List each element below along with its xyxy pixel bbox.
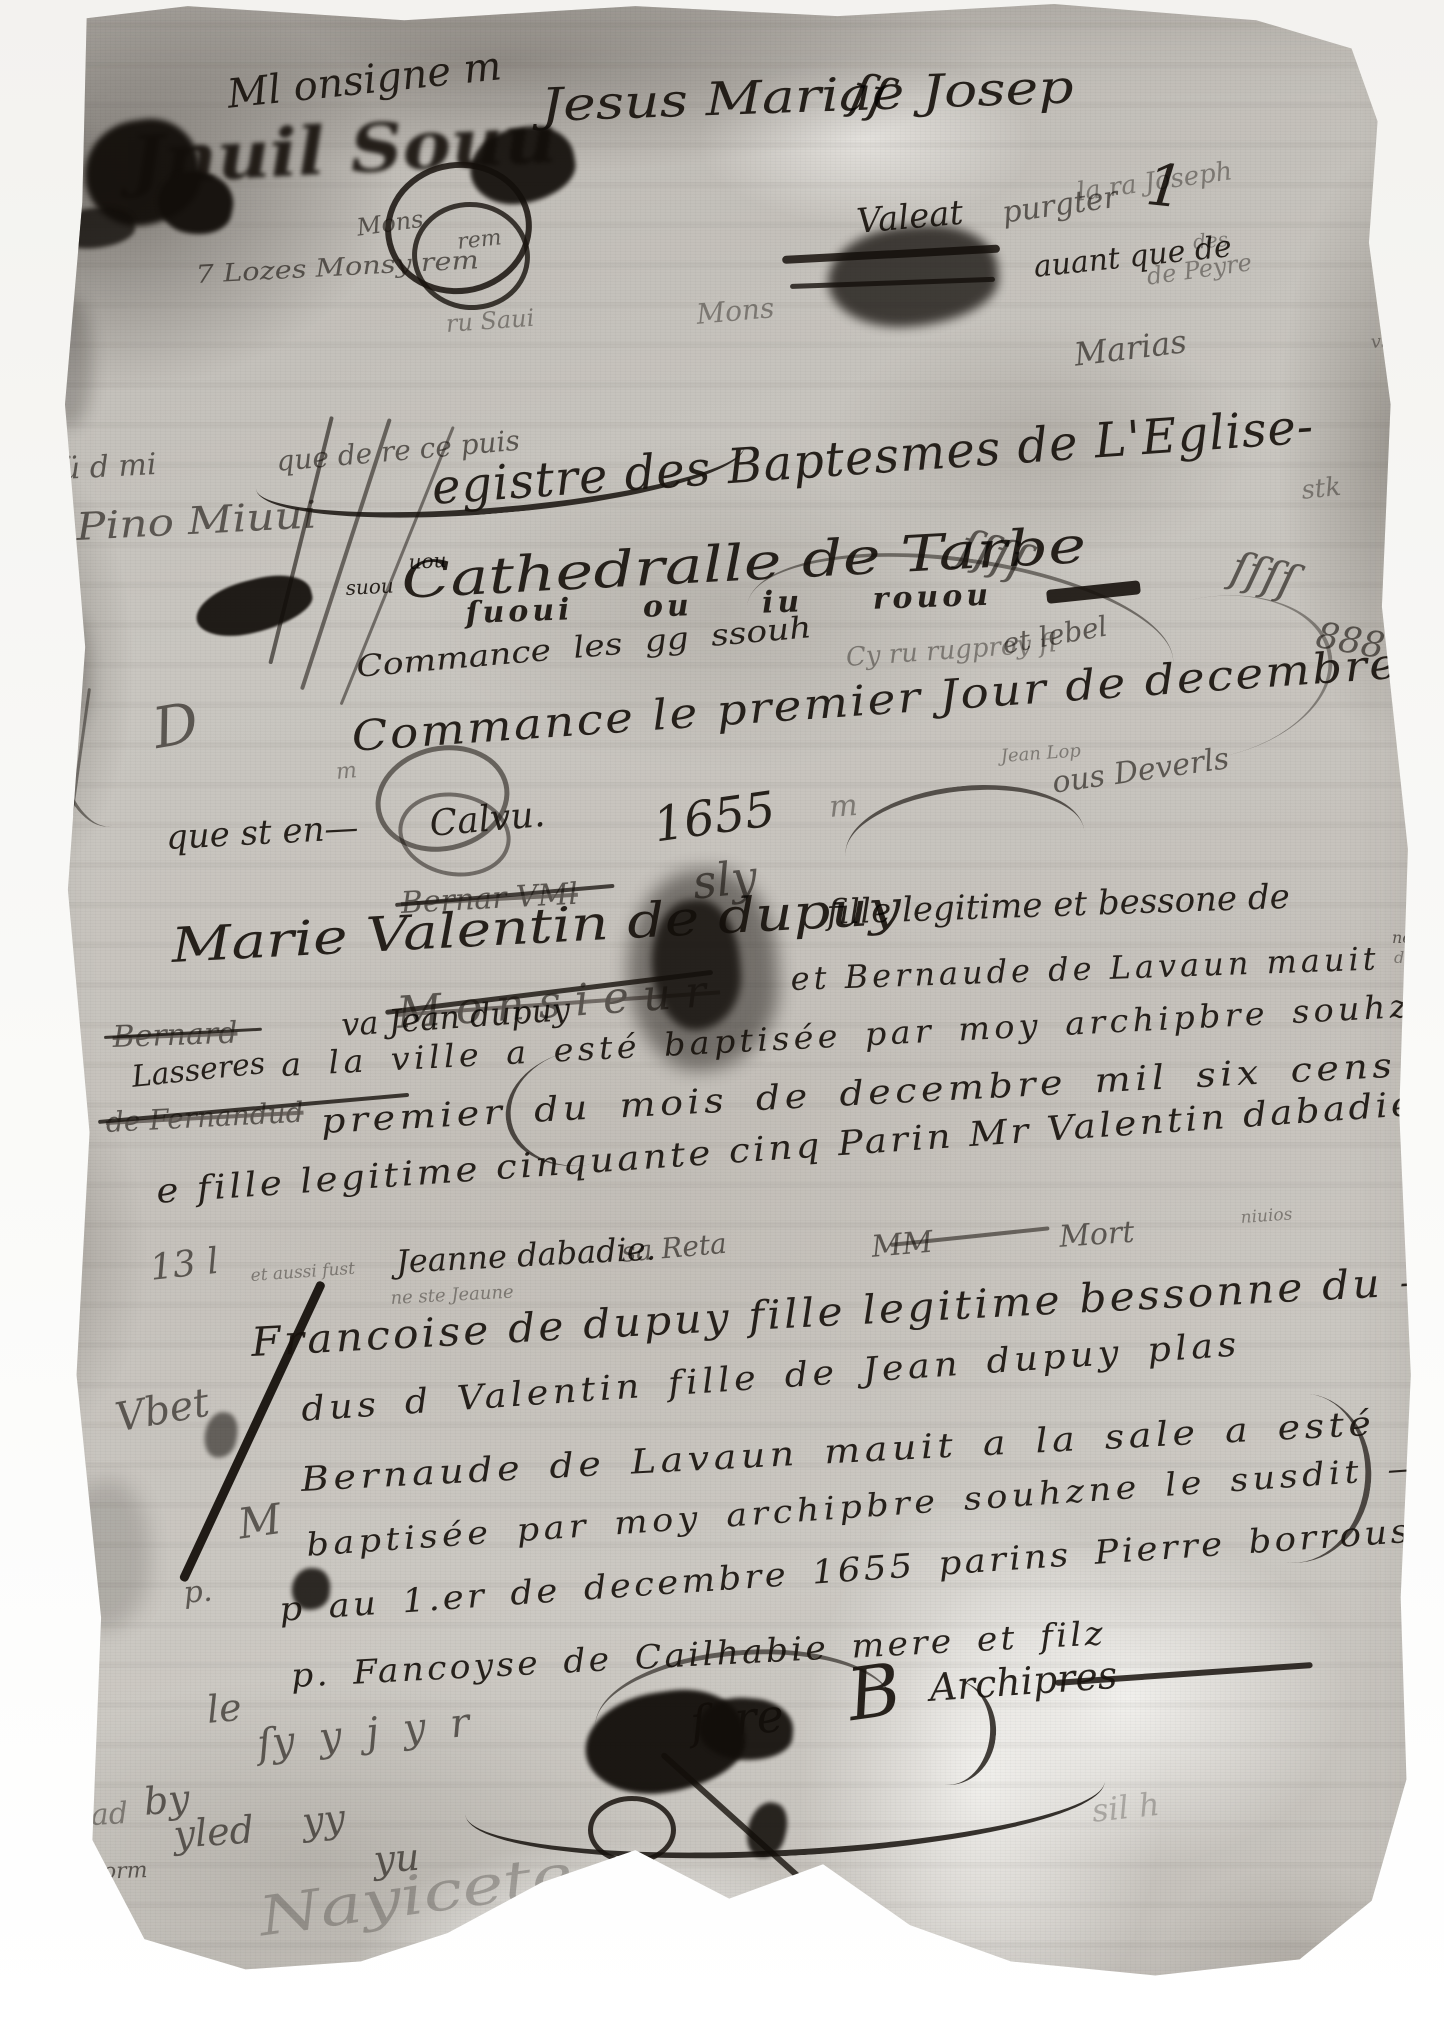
ms-line: des bbox=[1385, 293, 1422, 320]
ink-blot bbox=[6, 0, 26, 44]
manuscript-scan: Jesus Mariae Josep 1 egistre des Baptesm… bbox=[0, 0, 1444, 2022]
ink-blot bbox=[464, 119, 580, 211]
ink-blot bbox=[24, 2, 68, 32]
ink-blot bbox=[647, 896, 746, 1033]
ink-blot bbox=[53, 205, 136, 252]
ink-blot bbox=[825, 220, 1002, 332]
ink-blot bbox=[290, 1566, 332, 1612]
pen-stroke bbox=[19, 678, 74, 820]
ink-blot bbox=[742, 1798, 792, 1862]
manuscript-page: Jesus Mariae Josep 1 egistre des Baptesm… bbox=[0, 0, 1444, 2022]
paper-stain bbox=[1395, 120, 1435, 210]
ink-blot bbox=[190, 566, 317, 645]
ink-blot bbox=[201, 1410, 241, 1461]
blot-layer bbox=[0, 0, 1444, 2022]
